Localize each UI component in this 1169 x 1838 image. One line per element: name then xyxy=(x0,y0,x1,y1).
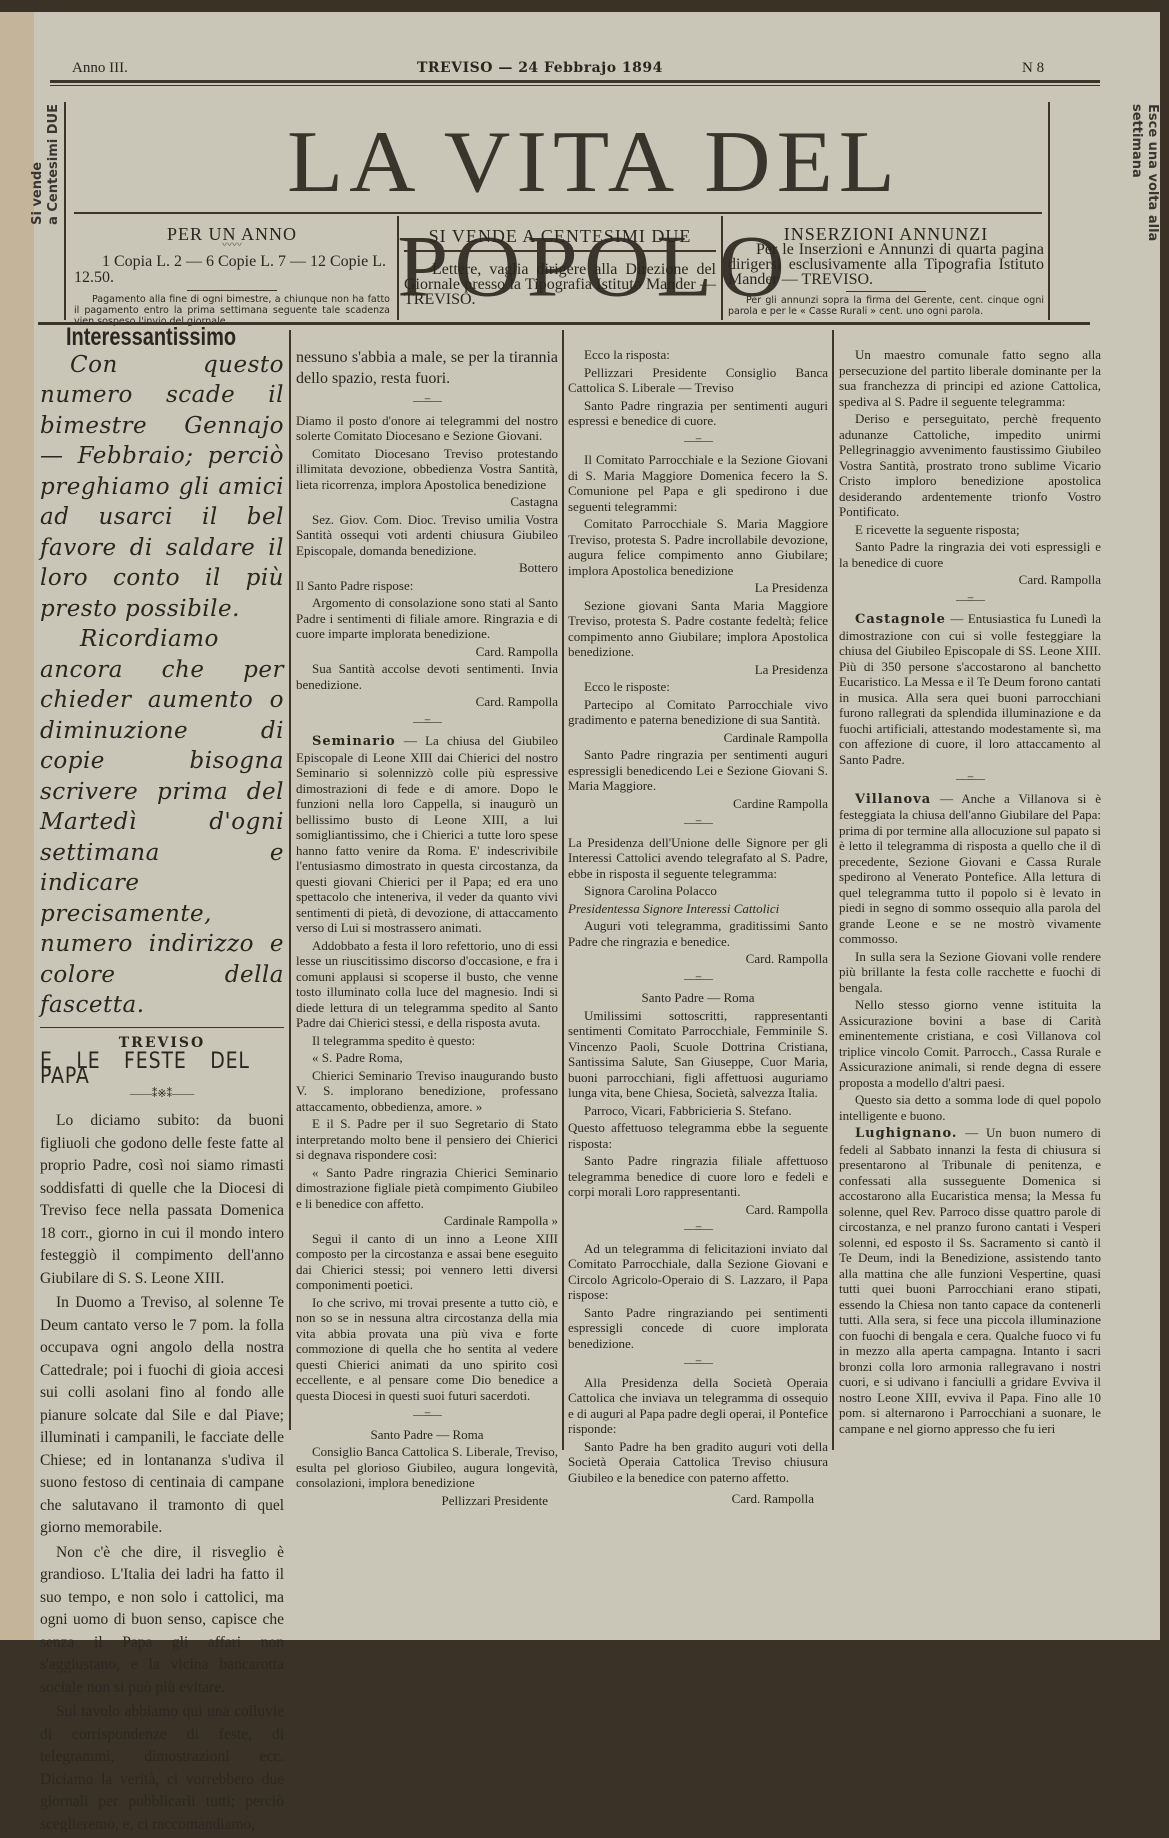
signature: Card. Rampolla xyxy=(296,694,558,710)
side-note-right: Esce una volta alla settimana xyxy=(1128,104,1160,241)
signature: Card. Rampolla xyxy=(839,572,1101,588)
column-rule-1 xyxy=(289,330,291,1430)
article-paragraph: Lo diciamo subito: da buoni figliuoli ch… xyxy=(40,1110,284,1290)
paragraph: Ecco la risposta: xyxy=(568,347,828,363)
volume-label: Anno III. xyxy=(72,60,128,77)
dateline: TREVISO — 24 Febbrajo 1894 xyxy=(417,60,663,76)
paragraph: Ecco le risposte: xyxy=(568,679,828,695)
subscription-prices: 1 Copia L. 2 — 6 Copie L. 7 — 12 Copie L… xyxy=(74,254,390,286)
paragraph: Un maestro comunale fatto segno alla per… xyxy=(839,347,1101,409)
separator: —=— xyxy=(296,1407,558,1423)
telegram: Santo Padre ha ben gradito auguri voti d… xyxy=(568,1439,828,1486)
article-headline: E LE FESTE DEL PAPA xyxy=(40,1054,250,1085)
telegram: Argomento di consolazione sono stati al … xyxy=(296,595,558,642)
section-keyword: Castagnole xyxy=(855,612,946,627)
column-2: nessuno s'abbia a male, se per la tirann… xyxy=(296,347,558,1510)
signature: Cardinale Rampolla » xyxy=(296,1213,558,1229)
page-edge xyxy=(0,12,34,1640)
paragraph: Ad un telegramma di felicitazioni inviat… xyxy=(568,1241,828,1303)
telegram: « Santo Padre ringrazia Chierici Seminar… xyxy=(296,1165,558,1212)
telegram: Sezione giovani Santa Maria Maggiore Tre… xyxy=(568,598,828,660)
signature: Pellizzari Presidente xyxy=(296,1493,558,1509)
telegram: Sez. Giov. Com. Dioc. Treviso umilia Vos… xyxy=(296,512,558,559)
section-keyword: Villanova xyxy=(855,792,931,807)
paragraph: Questo sia detto a somma lode di quel po… xyxy=(839,1092,1101,1123)
side-left-line2: a Centesimi DUE xyxy=(46,104,62,225)
ads-text: Per le Inserzioni e Annunzi di quarta pa… xyxy=(728,242,1044,287)
paragraph-text: — Anche a Villanova si è festeggiata la … xyxy=(839,791,1101,947)
notice-title: Interessantissimo xyxy=(66,330,240,346)
telegram: Santo Padre ringrazia per sentimenti aug… xyxy=(568,747,828,794)
price-box: SI VENDE A CENTESIMI DUE Lettere, vaglia… xyxy=(404,226,716,307)
separator: —=— xyxy=(839,771,1101,787)
telegram: Santo Padre ringraziando pei sentimenti … xyxy=(568,1305,828,1352)
column-1: Interessantissimo Con questo numero scad… xyxy=(40,330,284,1653)
paragraph: Alla Presidenza della Società Operaia Ca… xyxy=(568,1375,828,1437)
paragraph: nessuno s'abbia a male, se per la tirann… xyxy=(296,347,558,389)
column-4: Un maestro comunale fatto segno alla per… xyxy=(839,347,1101,1438)
paragraph: Castagnole — Entusiastica fu Lunedì la d… xyxy=(839,611,1101,767)
signature: Card. Rampolla xyxy=(568,1202,828,1218)
telegram: Sua Santità accolse devoti sentimenti. I… xyxy=(296,661,558,692)
telegram: Umilissimi sottoscritti, rappresentanti … xyxy=(568,1008,828,1101)
paragraph: Io che scrivo, mi trovai presente a tutt… xyxy=(296,1295,558,1404)
column-rule-3 xyxy=(832,330,834,1450)
separator: —=— xyxy=(568,971,828,987)
paragraph-text: — La chiusa del Giubileo Episcopale di L… xyxy=(296,733,558,935)
signature: Bottero xyxy=(296,560,558,576)
front-page: Anno III. TREVISO — 24 Febbrajo 1894 N 8… xyxy=(34,12,1160,1640)
top-rule-thin xyxy=(50,85,1100,86)
telegram: Signora Carolina Polacco xyxy=(568,883,828,899)
side-right-line1: Esce una volta alla xyxy=(1144,104,1160,241)
paragraph: Seminario — La chiusa del Giubileo Episc… xyxy=(296,733,558,936)
telegram: Presidentessa Signore Interessi Cattolic… xyxy=(568,901,828,917)
paragraph: E il S. Padre per il suo Segretario di S… xyxy=(296,1116,558,1163)
masthead-border-left xyxy=(64,102,66,320)
separator: —=— xyxy=(296,393,558,409)
signature: Cardine Rampolla xyxy=(568,796,828,812)
ads-heading: INSERZIONI ANNUNZI xyxy=(728,226,1044,242)
separator: —=— xyxy=(296,714,558,730)
subscription-box: PER UN ANNO 〰〰 1 Copia L. 2 — 6 Copie L.… xyxy=(74,226,390,327)
masthead-border-right xyxy=(1048,102,1050,320)
paragraph: La Presidenza dell'Unione delle Signore … xyxy=(568,835,828,882)
signature: La Presidenza xyxy=(568,580,828,596)
column-3: Ecco la risposta: Pellizzari Presidente … xyxy=(568,347,828,1509)
paragraph: Questo affettuoso telegramma ebbe la seg… xyxy=(568,1120,828,1151)
article-body: Lo diciamo subito: da buoni figliuoli ch… xyxy=(40,1110,284,1653)
signature: Card. Rampolla xyxy=(568,951,828,967)
telegram: Comitato Diocesano Treviso protestando i… xyxy=(296,446,558,493)
telegram: Partecipo al Comitato Parrocchiale vivo … xyxy=(568,697,828,728)
column-rule-2 xyxy=(562,330,564,1450)
separator: —=— xyxy=(568,433,828,449)
price-text: Lettere, vaglia dirigere alla Direzione … xyxy=(404,262,716,307)
telegram: « S. Padre Roma, xyxy=(296,1050,558,1066)
section-keyword: Seminario xyxy=(312,734,396,749)
info-divider-2 xyxy=(721,216,723,320)
telegram: Auguri voti telegramma, graditissimi San… xyxy=(568,918,828,949)
info-divider-1 xyxy=(397,216,399,320)
separator: —=— xyxy=(839,592,1101,608)
paragraph: Addobbato a festa il loro refettorio, un… xyxy=(296,938,558,1031)
paragraph: Diamo il posto d'onore ai telegrammi del… xyxy=(296,413,558,444)
telegram: Chierici Seminario Treviso inaugurando b… xyxy=(296,1068,558,1115)
side-note-left: Si vende a Centesimi DUE xyxy=(30,104,62,225)
telegram: Comitato Parrocchiale S. Maria Maggiore … xyxy=(568,516,828,578)
issue-number: N 8 xyxy=(1022,60,1044,77)
telegram-address: Santo Padre — Roma xyxy=(568,990,828,1006)
paragraph: Il Comitato Parrocchiale e la Sezione Gi… xyxy=(568,452,828,514)
paragraph: Lughignano. — Un buon numero di fedeli a… xyxy=(839,1125,1101,1436)
side-left-line1: Si vende xyxy=(30,104,46,225)
paragraph: Villanova — Anche a Villanova si è feste… xyxy=(839,791,1101,947)
section-keyword: Lughignano. xyxy=(855,1126,957,1141)
ads-box: INSERZIONI ANNUNZI Per le Inserzioni e A… xyxy=(728,226,1044,317)
telegram: Consiglio Banca Cattolica S. Liberale, T… xyxy=(296,1444,558,1491)
article-paragraph: Non c'è che dire, il risveglio è grandio… xyxy=(40,1542,284,1654)
paragraph-text: — Entusiastica fu Lunedì la dimostrazion… xyxy=(839,611,1101,767)
notice-rule xyxy=(40,1027,284,1029)
article-paragraph: In Duomo a Treviso, al solenne Te Deum c… xyxy=(40,1292,284,1540)
masthead-rule xyxy=(74,212,1042,214)
paragraph: Il telegramma spedito è questo: xyxy=(296,1033,558,1049)
notice-paragraph-2: Ricordiamo ancora che per chieder aument… xyxy=(40,624,284,1021)
signature: Card. Rampolla xyxy=(568,1491,828,1507)
signature: Castagna xyxy=(296,494,558,510)
side-right-line2: settimana xyxy=(1128,104,1144,241)
separator: —=— xyxy=(568,1355,828,1371)
separator: —=— xyxy=(568,815,828,831)
ads-note: Per gli annunzi sopra la firma del Geren… xyxy=(728,295,1044,317)
signature: La Presidenza xyxy=(568,662,828,678)
notice-paragraph-1: Con questo numero scade il bimestre Genn… xyxy=(40,350,284,625)
signature: Card. Rampolla xyxy=(296,644,558,660)
top-rule xyxy=(50,80,1100,83)
telegram-address: Santo Padre — Roma xyxy=(296,1427,558,1443)
telegram: Pellizzari Presidente Consiglio Banca Ca… xyxy=(568,365,828,396)
paragraph-text: — Un buon numero di fedeli al Sabbato in… xyxy=(839,1125,1101,1436)
telegram: Deriso e perseguitato, perchè frequento … xyxy=(839,411,1101,520)
signature: Parroco, Vicari, Fabbricieria S. Stefano… xyxy=(568,1103,828,1119)
paragraph: E ricevette la seguente risposta; xyxy=(839,522,1101,538)
separator: —=— xyxy=(568,1221,828,1237)
paragraph: In sulla sera la Sezione Giovani volle r… xyxy=(839,949,1101,996)
paragraph: Seguì il canto di un inno a Leone XIII c… xyxy=(296,1231,558,1293)
telegram: Santo Padre ringrazia filiale affettuoso… xyxy=(568,1153,828,1200)
price-heading: SI VENDE A CENTESIMI DUE xyxy=(404,228,716,244)
signature: Cardinale Rampolla xyxy=(568,730,828,746)
telegram: Santo Padre la ringrazia dei voti espres… xyxy=(839,539,1101,570)
telegram: Santo Padre ringrazia per sentimenti aug… xyxy=(568,398,828,429)
paragraph: Nello stesso giorno venne istituita la A… xyxy=(839,997,1101,1090)
paragraph: Il Santo Padre rispose: xyxy=(296,578,558,594)
newspaper-sheet: Anno III. TREVISO — 24 Febbrajo 1894 N 8… xyxy=(0,12,1160,1640)
